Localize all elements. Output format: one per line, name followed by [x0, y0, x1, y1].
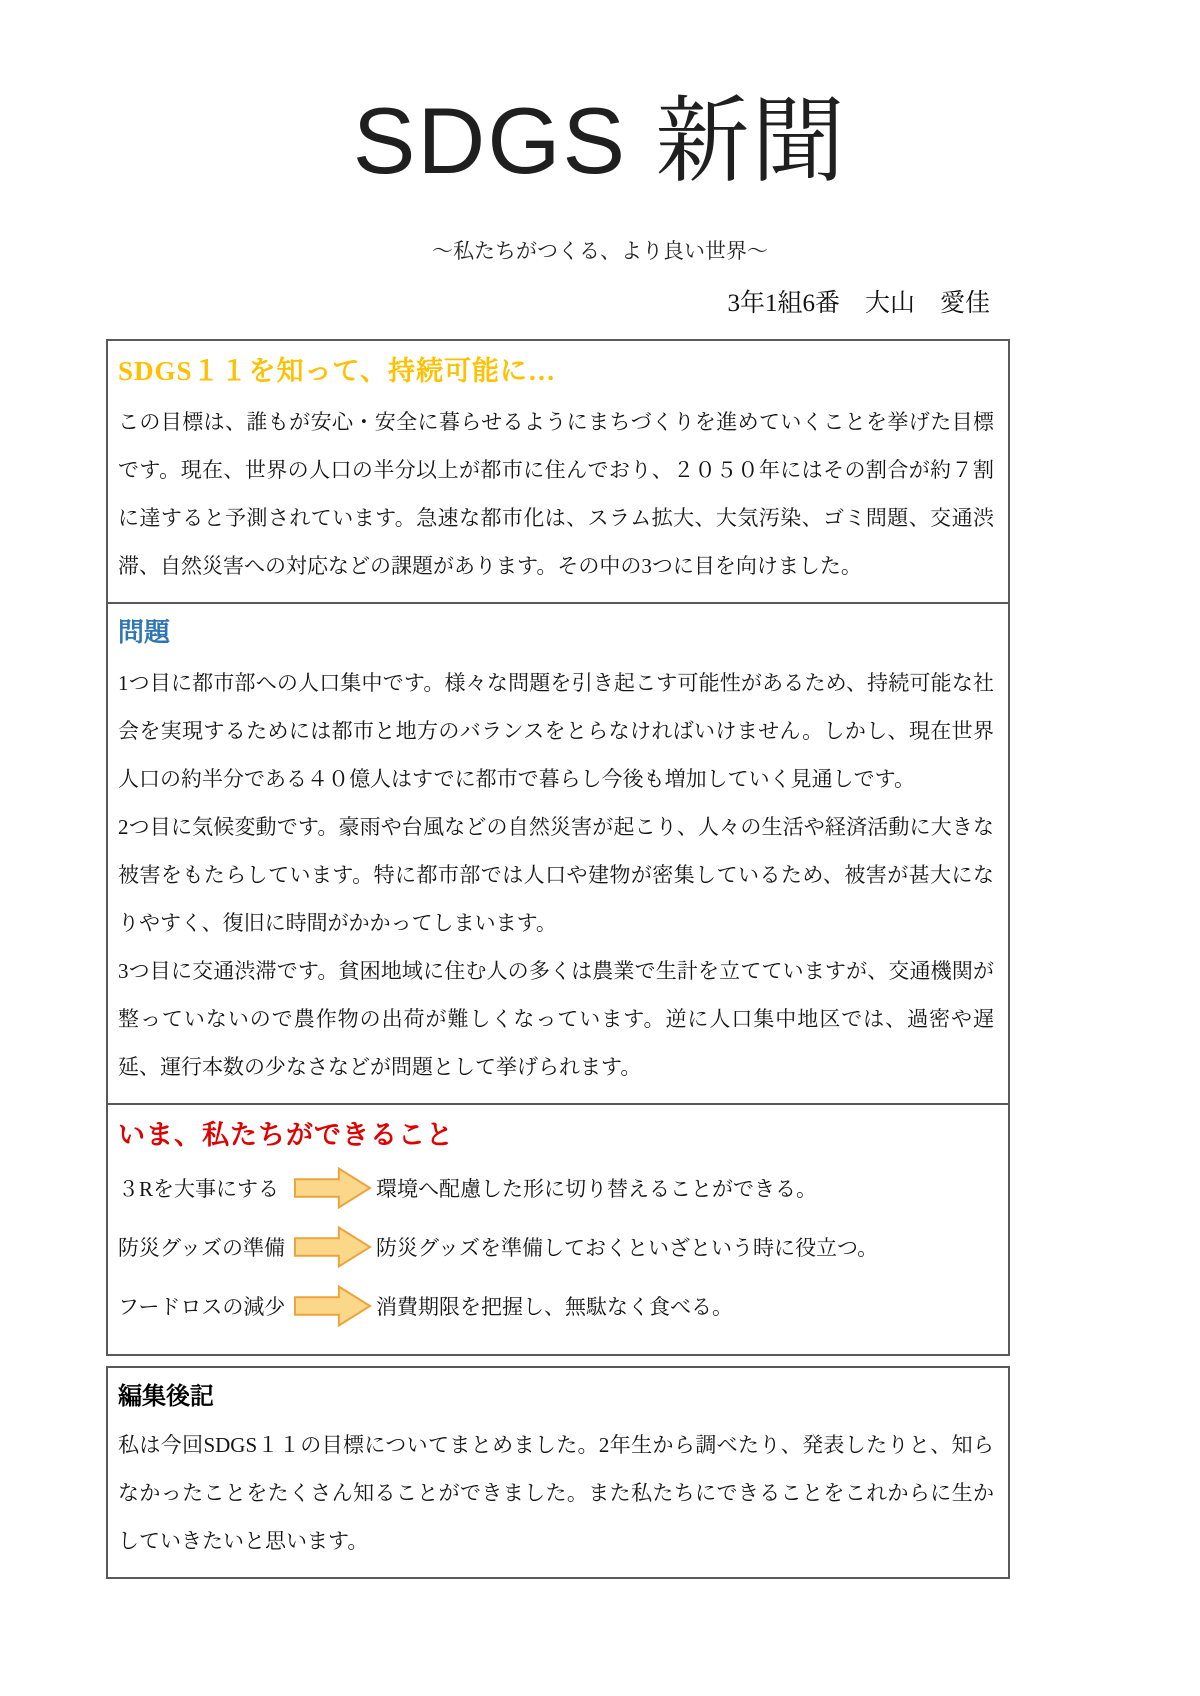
block-arrow-right-icon	[294, 1224, 372, 1270]
section-intro-text: この目標は、誰もが安心・安全に暮らせるようにまちづくりを進めていくことを挙げた目…	[118, 398, 994, 590]
action-row: フードロスの減少 消費期限を把握し、無駄なく食べる。	[118, 1283, 994, 1329]
action-label: フードロスの減少	[118, 1291, 294, 1321]
page-title: SDGS 新聞	[0, 0, 1200, 191]
action-row: ３Rを大事にする 環境へ配慮した形に切り替えることができる。	[118, 1165, 994, 1211]
action-result: 消費期限を把握し、無駄なく食べる。	[376, 1291, 733, 1321]
section-postscript-heading: 編集後記	[118, 1376, 994, 1411]
byline: 3年1組6番 大山 愛佳	[0, 283, 1200, 319]
action-result: 防災グッズを準備しておくといざという時に役立つ。	[376, 1232, 878, 1262]
page-subtitle: 〜私たちがつくる、より良い世界〜	[0, 235, 1200, 265]
action-result: 環境へ配慮した形に切り替えることができる。	[376, 1173, 817, 1203]
section-problems-heading: 問題	[118, 612, 994, 649]
section-postscript: 編集後記 私は今回SDGS１１の目標についてまとめました。2年生から調べたり、発…	[106, 1366, 1010, 1579]
section-actions: いま、私たちができること ３Rを大事にする 環境へ配慮した形に切り替えることがで…	[106, 1103, 1010, 1356]
document-page: SDGS 新聞 〜私たちがつくる、より良い世界〜 3年1組6番 大山 愛佳 SD…	[0, 0, 1200, 1696]
block-arrow-right-icon	[294, 1283, 372, 1329]
action-label: 防災グッズの準備	[118, 1232, 294, 1262]
problem-paragraph-2: 2つ目に気候変動です。豪雨や台風などの自然災害が起こり、人々の生活や経済活動に大…	[118, 803, 994, 947]
action-label: ３Rを大事にする	[118, 1173, 294, 1203]
section-intro: SDGS１１を知って、持続可能に… この目標は、誰もが安心・安全に暮らせるように…	[106, 339, 1010, 604]
section-intro-heading: SDGS１１を知って、持続可能に…	[118, 349, 994, 388]
article-body: SDGS１１を知って、持続可能に… この目標は、誰もが安心・安全に暮らせるように…	[106, 339, 1010, 1579]
block-arrow-right-icon	[294, 1165, 372, 1211]
problem-paragraph-3: 3つ目に交通渋滞です。貧困地域に住む人の多くは農業で生計を立てていますが、交通機…	[118, 947, 994, 1091]
section-problems: 問題 1つ目に都市部への人口集中です。様々な問題を引き起こす可能性があるため、持…	[106, 602, 1010, 1105]
problem-paragraph-1: 1つ目に都市部への人口集中です。様々な問題を引き起こす可能性があるため、持続可能…	[118, 659, 994, 803]
section-postscript-text: 私は今回SDGS１１の目標についてまとめました。2年生から調べたり、発表したりと…	[118, 1421, 994, 1565]
action-row: 防災グッズの準備 防災グッズを準備しておくといざという時に役立つ。	[118, 1224, 994, 1270]
section-actions-heading: いま、私たちができること	[118, 1113, 994, 1152]
